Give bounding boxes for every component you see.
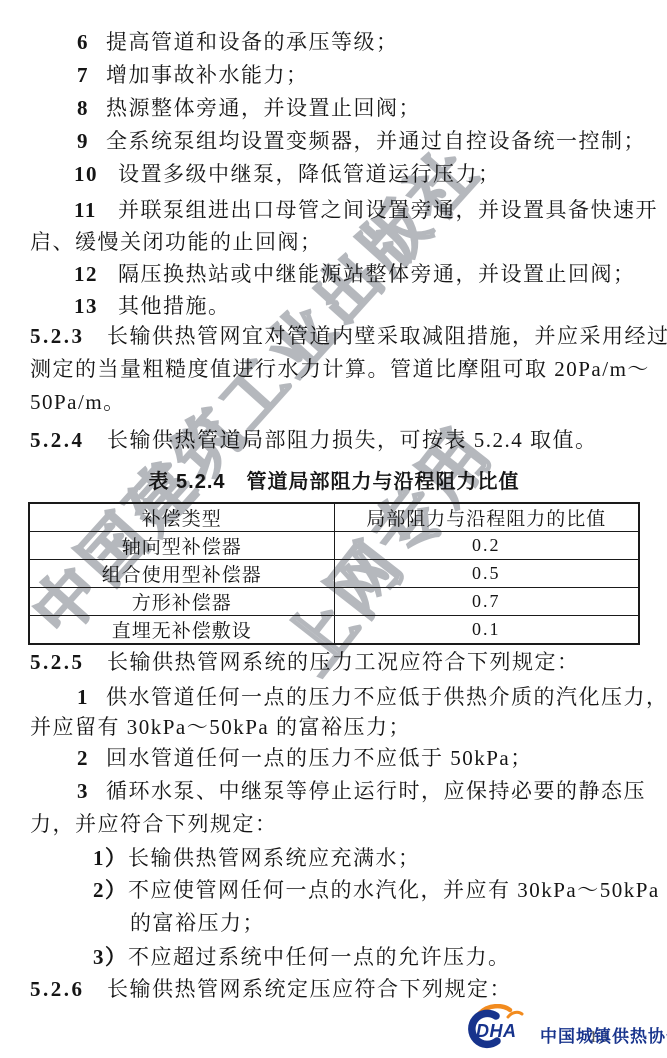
table-cell: 组合使用型补偿器 [29,560,334,588]
text-line: 启、缓慢关闭功能的止回阀； [30,227,642,257]
table-header-row: 补偿类型 局部阻力与沿程阻力的比值 [29,503,639,532]
line-text: 50Pa/m。 [30,387,126,417]
table-header-cell: 补偿类型 [29,503,334,532]
list-number: 6 [77,27,89,57]
list-number: 10 [74,159,98,189]
line-text: 全系统泵组均设置变频器，并通过自控设备统一控制； [30,126,646,156]
clause-5-2-5: 5.2.5长输供热管网系统的压力工况应符合下列规定： [30,647,642,677]
dha-logo-icon: DHA [456,1004,536,1050]
sub-list-item: 2）不应使管网任何一点的水汽化，并应有 30kPa～50kPa [30,875,642,905]
line-text: 供水管道任何一点的压力不应低于供热介质的汽化压力， [30,682,667,712]
table-cell: 0.1 [334,616,639,645]
list-number: 2） [93,875,128,905]
list-number: 3 [77,776,89,806]
clause-5-2-4: 5.2.4长输供热管道局部阻力损失，可按表 5.2.4 取值。 [30,425,642,455]
table-cell: 0.5 [334,560,639,588]
list-item: 11并联泵组进出口母管之间设置旁通，并设置具备快速开 [30,195,642,225]
list-item: 10设置多级中继泵，降低管道运行压力； [30,159,642,189]
table-row: 直埋无补偿敷设 0.1 [29,616,639,645]
table-cell: 0.2 [334,532,639,560]
list-number: 7 [77,60,89,90]
table-cell: 0.7 [334,588,639,616]
list-number: 12 [74,259,98,289]
clause-number: 5.2.3 [30,321,85,351]
table-cell: 直埋无补偿敷设 [29,616,334,645]
list-number: 13 [74,291,98,321]
list-item: 3循环水泵、中继泵等停止运行时，应保持必要的静态压 [30,776,642,806]
line-text: 并应留有 30kPa～50kPa 的富裕压力； [30,712,411,742]
clause-number: 5.2.6 [30,974,85,1004]
list-item: 2回水管道任何一点的压力不应低于 50kPa； [30,743,642,773]
line-text: 长输供热管网宜对管道内壁采取减阻措施，并应采用经过 [30,321,667,351]
line-text: 增加事故补水能力； [30,60,309,90]
association-name: 中国城镇供热协会 [540,1022,667,1047]
line-text: 启、缓慢关闭功能的止回阀； [30,227,323,257]
svg-text:DHA: DHA [476,1021,517,1041]
sub-list-item: 3）不应超过系统中任何一点的允许压力。 [30,942,642,972]
line-text: 的富裕压力； [30,908,265,938]
clause-5-2-3: 5.2.3长输供热管网宜对管道内壁采取减阻措施，并应采用经过 [30,321,642,351]
list-number: 8 [77,93,89,123]
table-row: 组合使用型补偿器 0.5 [29,560,639,588]
line-text: 其他措施。 [30,291,231,321]
table-cell: 方形补偿器 [29,588,334,616]
clause-number: 5.2.5 [30,647,85,677]
sub-list-item: 1）长输供热管网系统应充满水； [30,843,642,873]
line-text: 长输供热管网系统定压应符合下列规定： [30,974,512,1004]
line-text: 隔压换热站或中继能源站整体旁通，并设置止回阀； [30,259,636,289]
list-number: 1） [93,843,128,873]
line-text: 并联泵组进出口母管之间设置旁通，并设置具备快速开 [30,195,658,225]
text-line: 的富裕压力； [30,908,642,938]
line-text: 回水管道任何一点的压力不应低于 50kPa； [30,743,533,773]
list-number: 9 [77,126,89,156]
line-text: 长输供热管道局部阻力损失，可按表 5.2.4 取值。 [30,425,598,455]
clause-5-2-6: 5.2.6长输供热管网系统定压应符合下列规定： [30,974,642,1004]
line-text: 力，并应符合下列规定： [30,809,278,839]
line-text: 测定的当量粗糙度值进行水力计算。管道比摩阻可取 20Pa/m～ [30,354,650,384]
resistance-ratio-table: 补偿类型 局部阻力与沿程阻力的比值 轴向型补偿器 0.2 组合使用型补偿器 0.… [28,502,640,645]
line-text: 设置多级中继泵，降低管道运行压力； [30,159,501,189]
text-line: 50Pa/m。 [30,387,642,417]
list-item: 7增加事故补水能力； [30,60,642,90]
table-header-cell: 局部阻力与沿程阻力的比值 [334,503,639,532]
text-line: 并应留有 30kPa～50kPa 的富裕压力； [30,712,642,742]
document-page: 中国建筑工业出版社 上网专用 6提高管道和设备的承压等级； 7增加事故补水能力；… [0,0,667,1058]
text-line: 力，并应符合下列规定： [30,809,642,839]
list-number: 11 [74,195,97,225]
clause-number: 5.2.4 [30,425,85,455]
list-item: 9全系统泵组均设置变频器，并通过自控设备统一控制； [30,126,642,156]
list-number: 1 [77,682,89,712]
line-text: 长输供热管网系统的压力工况应符合下列规定： [30,647,580,677]
association-logo: DHA 中国城镇供热协会 [456,1004,667,1050]
list-item: 13其他措施。 [30,291,642,321]
line-text: 长输供热管网系统应充满水； [30,843,421,873]
table-row: 方形补偿器 0.7 [29,588,639,616]
list-number: 3） [93,942,128,972]
table-cell: 轴向型补偿器 [29,532,334,560]
list-item: 8热源整体旁通，并设置止回阀； [30,93,642,123]
table-row: 轴向型补偿器 0.2 [29,532,639,560]
list-item: 12隔压换热站或中继能源站整体旁通，并设置止回阀； [30,259,642,289]
text-line: 测定的当量粗糙度值进行水力计算。管道比摩阻可取 20Pa/m～ [30,354,642,384]
table-title: 表 5.2.4 管道局部阻力与沿程阻力比值 [28,468,640,496]
list-item: 6提高管道和设备的承压等级； [30,27,642,57]
list-number: 2 [77,743,89,773]
line-text: 循环水泵、中继泵等停止运行时，应保持必要的静态压 [30,776,646,806]
list-item: 1供水管道任何一点的压力不应低于供热介质的汽化压力， [30,682,642,712]
